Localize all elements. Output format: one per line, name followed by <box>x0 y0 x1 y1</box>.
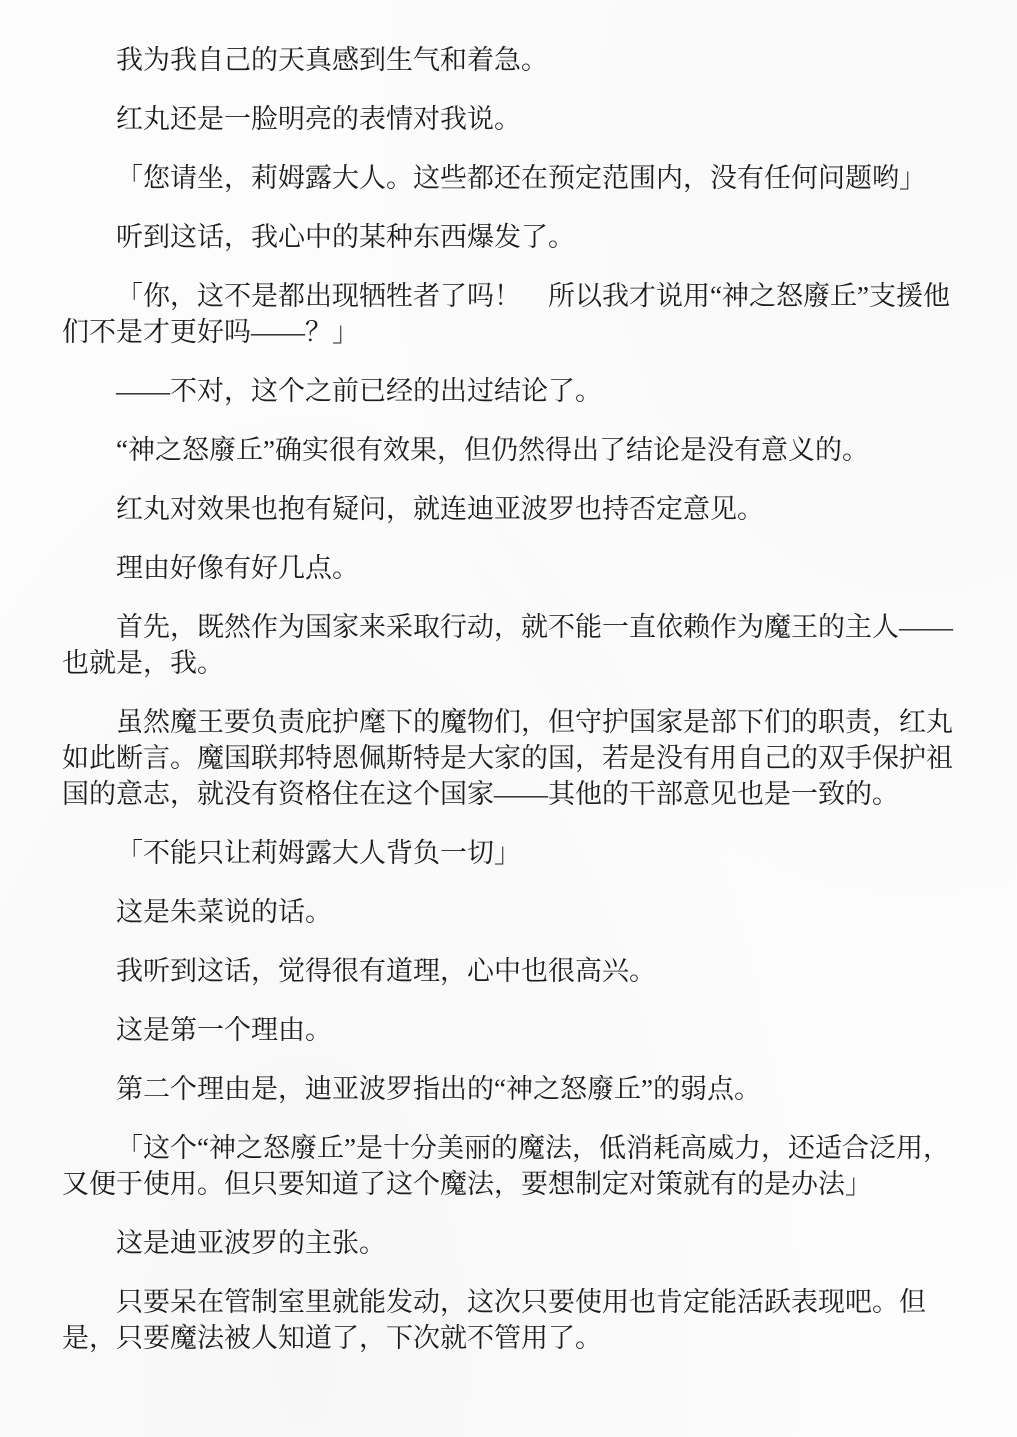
paragraph: “神之怒廢丘”确实很有效果，但仍然得出了结论是没有意义的。 <box>62 432 957 468</box>
paragraph: 这是迪亚波罗的主张。 <box>62 1225 957 1261</box>
dialogue-paragraph: 「这个“神之怒廢丘”是十分美丽的魔法，低消耗高威力，还适合泛用，又便于使用。但只… <box>62 1130 957 1202</box>
dialogue-paragraph: 「你，这不是都出现牺牲者了吗！ 所以我才说用“神之怒廢丘”支援他们不是才更好吗—… <box>62 278 957 350</box>
paragraph: ——不对，这个之前已经的出过结论了。 <box>62 373 957 409</box>
paragraph: 这是第一个理由。 <box>62 1012 957 1048</box>
paragraph: 首先，既然作为国家来采取行动，就不能一直依赖作为魔王的主人——也就是，我。 <box>62 609 957 681</box>
paragraph: 理由好像有好几点。 <box>62 550 957 586</box>
dialogue-paragraph: 「不能只让莉姆露大人背负一切」 <box>62 835 957 871</box>
paragraph: 虽然魔王要负责庇护麾下的魔物们，但守护国家是部下们的职责，红丸如此断言。魔国联邦… <box>62 704 957 812</box>
paragraph: 红丸对效果也抱有疑问，就连迪亚波罗也持否定意见。 <box>62 491 957 527</box>
paragraph: 这是朱菜说的话。 <box>62 894 957 930</box>
paragraph: 红丸还是一脸明亮的表情对我说。 <box>62 101 957 137</box>
dialogue-paragraph: 「您请坐，莉姆露大人。这些都还在预定范围内，没有任何问题哟」 <box>62 160 957 196</box>
paragraph: 我听到这话，觉得很有道理，心中也很高兴。 <box>62 953 957 989</box>
paragraph: 听到这话，我心中的某种东西爆发了。 <box>62 219 957 255</box>
novel-text-page: 我为我自己的天真感到生气和着急。 红丸还是一脸明亮的表情对我说。 「您请坐，莉姆… <box>0 0 1017 1437</box>
paragraph: 我为我自己的天真感到生气和着急。 <box>62 42 957 78</box>
paragraph: 只要呆在管制室里就能发动，这次只要使用也肯定能活跃表现吧。但是，只要魔法被人知道… <box>62 1284 957 1356</box>
paragraph: 第二个理由是，迪亚波罗指出的“神之怒廢丘”的弱点。 <box>62 1071 957 1107</box>
